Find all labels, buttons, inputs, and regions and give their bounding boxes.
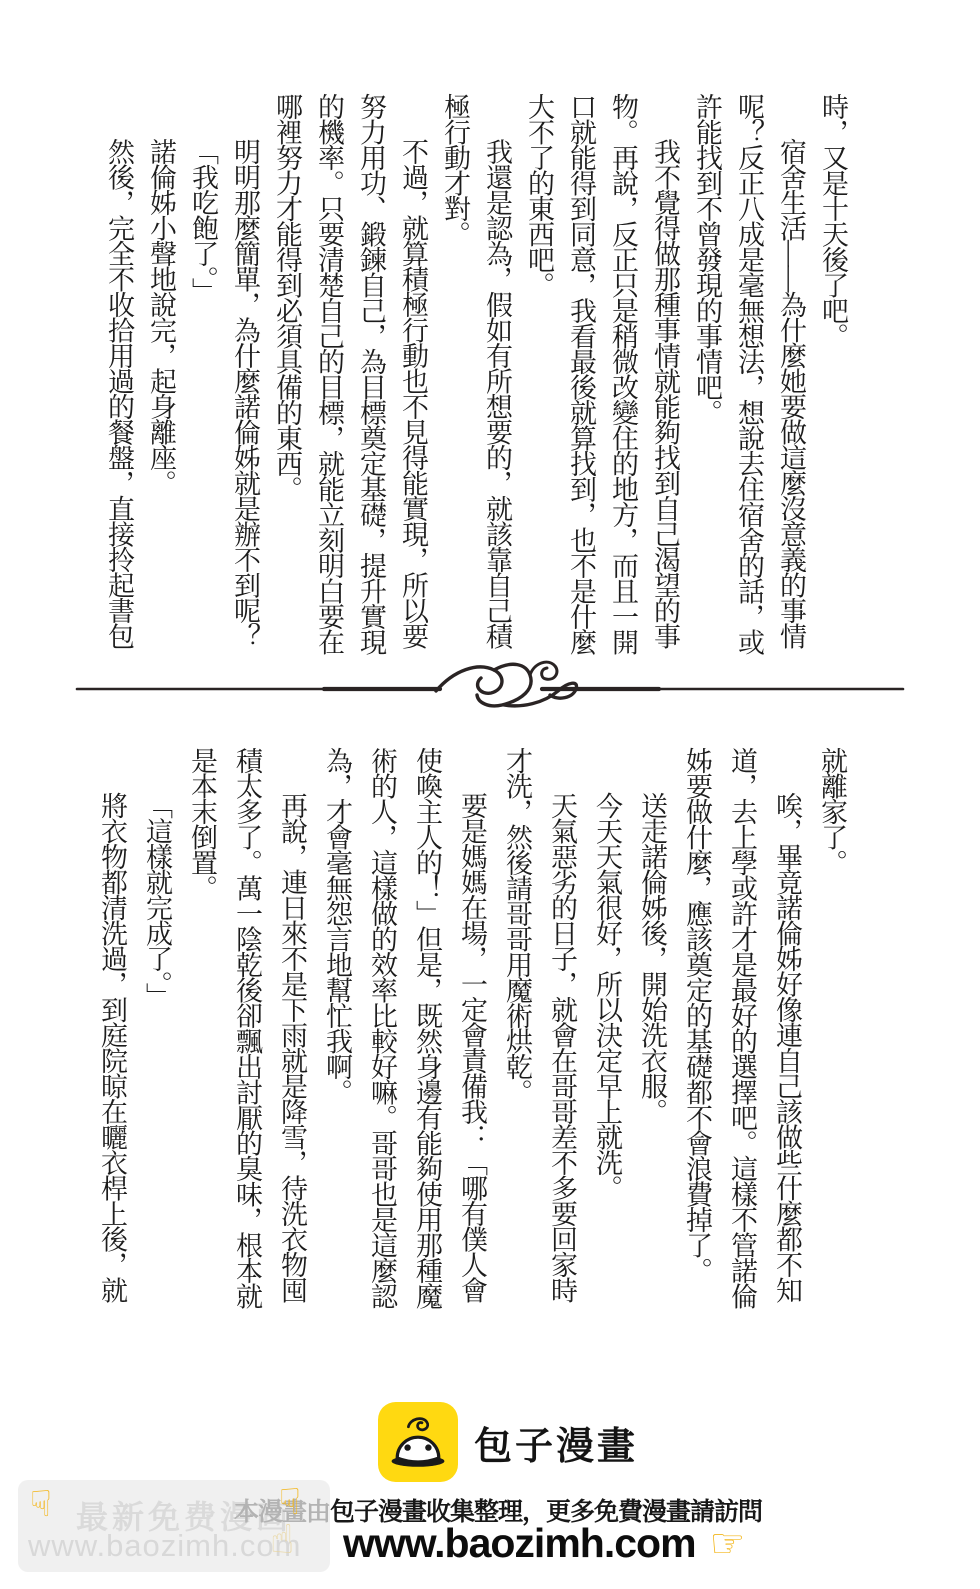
bottom-text-section: 就離家了。 唉，畢竟諾倫姊好像連自己該做些什麼都不知 道，去上學或許才是最好的選…: [89, 747, 854, 1313]
novel-line: 我不覺得做那種事情就能夠找到自己渴望的事: [644, 93, 686, 659]
novel-line: 努力用功、鍛鍊自己，為目標奠定基礎，提升實現: [350, 93, 392, 659]
novel-line: 道，去上學或許才是最好的選擇吧。這樣不管諾倫: [719, 747, 764, 1313]
watermark-url: www.baozimh.com: [28, 1528, 301, 1564]
novel-line: 不過，就算積極行動也不見得能實現，所以要: [392, 93, 434, 659]
footer-note-main: 包子漫畫收集整理，更多免費漫畫請訪問: [330, 1498, 762, 1526]
novel-line: 「我吃飽了。」: [182, 93, 224, 659]
novel-line: 姊要做什麼，應該奠定的基礎都不會浪費掉了。: [674, 747, 719, 1313]
footer: ☟ 最新免费漫画 www.baozimh.com ☝ 本漫畫由包子漫畫收集整理，…: [0, 1476, 980, 1586]
point-right-icon: ☞: [710, 1522, 745, 1566]
novel-line: 才洗，然後請哥哥用魔術烘乾。: [494, 747, 539, 1313]
novel-line: 口就能得到同意，我看最後就算找到，也不是什麼: [560, 93, 602, 659]
brand-name: 包子漫畫: [474, 1415, 638, 1470]
novel-line: 呢？反正八成是毫無想法，想說去住宿舍的話，或: [728, 93, 770, 659]
novel-line: 是本末倒置。: [179, 747, 224, 1313]
novel-line: 許能找到不曾發現的事情吧。: [686, 93, 728, 659]
point-down-icon: ☟: [279, 1484, 301, 1520]
novel-line: 極行動才對。: [434, 93, 476, 659]
novel-line: 今天天氣很好，所以決定早上就洗。: [584, 747, 629, 1313]
novel-page: 時，又是十天後了吧。 宿舍生活——為什麼她要做這麼沒意義的事情 呢？反正八成是毫…: [0, 0, 980, 1589]
novel-line: 時，又是十天後了吧。: [812, 93, 854, 659]
novel-line: 唉，畢竟諾倫姊好像連自己該做些什麼都不知: [764, 747, 809, 1313]
novel-line: 物。再說，反正只是稍微改變住的地方，而且一開: [602, 93, 644, 659]
novel-line: 宿舍生活——為什麼她要做這麼沒意義的事情: [770, 93, 812, 659]
novel-line: 要是媽媽在場，一定會責備我：「哪有僕人會: [449, 747, 494, 1313]
novel-line: 積太多了。萬一陰乾後卻飄出討厭的臭味，根本就: [224, 747, 269, 1313]
novel-line: 大不了的東西吧。: [518, 93, 560, 659]
section-divider: [74, 658, 906, 718]
top-text-section: 時，又是十天後了吧。 宿舍生活——為什麼她要做這麼沒意義的事情 呢？反正八成是毫…: [98, 93, 854, 659]
brand: 包子漫畫: [378, 1402, 638, 1482]
novel-line: 然後，完全不收拾用過的餐盤，直接拎起書包: [98, 93, 140, 659]
novel-line: 的機率。只要清楚自己的目標，就能立刻明白要在: [308, 93, 350, 659]
novel-line: 為，才會毫無怨言地幫忙我啊。: [314, 747, 359, 1313]
novel-line: 再說，連日來不是下雨就是降雪，待洗衣物囤: [269, 747, 314, 1313]
novel-line: 就離家了。: [809, 747, 854, 1313]
baozi-logo-icon: [378, 1402, 458, 1482]
divider-ornament-icon: [74, 658, 906, 718]
novel-line: 我還是認為，假如有所想要的，就該靠自己積: [476, 93, 518, 659]
novel-line: 將衣物都清洗過，到庭院晾在曬衣桿上後，就: [89, 747, 134, 1313]
novel-line: 天氣惡劣的日子，就會在哥哥差不多要回家時: [539, 747, 584, 1313]
novel-line: 術的人，這樣做的效率比較好嘛。哥哥也是這麼認: [359, 747, 404, 1313]
novel-line: 明明那麼簡單，為什麼諾倫姊就是辦不到呢？: [224, 93, 266, 659]
novel-line: 使喚主人的！」但是，既然身邊有能夠使用那種魔: [404, 747, 449, 1313]
novel-line: 諾倫姊小聲地說完，起身離座。: [140, 93, 182, 659]
novel-line: 哪裡努力才能得到必須具備的東西。: [266, 93, 308, 659]
novel-line: 「這樣就完成了。」: [134, 747, 179, 1313]
footer-note: 本漫畫由包子漫畫收集整理，更多免費漫畫請訪問: [234, 1492, 762, 1528]
novel-line: 送走諾倫姊後，開始洗衣服。: [629, 747, 674, 1313]
point-down-icon: ☟: [30, 1486, 52, 1522]
